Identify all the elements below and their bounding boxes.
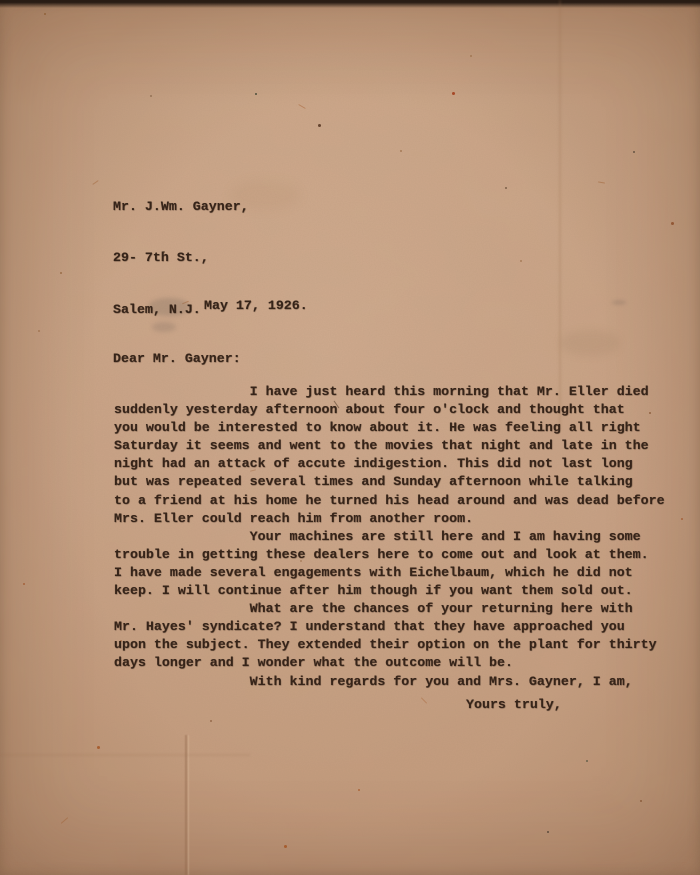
address-line: Mr. J.Wm. Gayner, <box>113 198 249 215</box>
paper-speck <box>318 124 321 127</box>
address-line: 29- 7th St., <box>113 249 249 266</box>
paper-speck <box>44 13 46 15</box>
paper-fiber <box>92 180 98 185</box>
paper-fiber <box>61 817 69 824</box>
paper-crease <box>188 735 189 875</box>
letter-body: I have just heard this morning that Mr. … <box>114 383 665 691</box>
paper-smudge <box>612 300 626 305</box>
paper-speck <box>547 831 549 833</box>
paper-crease <box>559 0 561 430</box>
letter-line: you would be interested to know about it… <box>114 419 665 437</box>
paper-crease <box>185 735 187 875</box>
letter-line: I have made several engagements with Eic… <box>114 564 665 582</box>
paper-speck <box>255 93 257 95</box>
paper-fiber <box>298 104 305 109</box>
letter-line: Your machines are still here and I am ha… <box>114 528 665 546</box>
paper-speck <box>633 151 635 153</box>
letter-line: With kind regards for you and Mrs. Gayne… <box>114 673 665 691</box>
letter-line: night had an attack of accute indigestio… <box>114 455 665 473</box>
letter-line: days longer and I wonder what the outcom… <box>114 654 665 672</box>
letter-line: Mrs. Eller could reach him from another … <box>114 510 665 528</box>
paper-speck <box>452 92 455 95</box>
paper-speck <box>97 746 100 749</box>
letter-line: but was repeated several times and Sunda… <box>114 473 665 491</box>
paper-speck <box>60 272 62 274</box>
paper-speck <box>284 845 287 848</box>
paper-crease <box>0 754 250 756</box>
paper-fiber <box>598 181 605 183</box>
paper-speck <box>210 720 212 722</box>
paper-speck <box>150 95 152 97</box>
salutation: Dear Mr. Gayner: <box>113 350 241 368</box>
paper-speck <box>505 187 507 189</box>
paper-smudge <box>560 330 620 356</box>
letter-line: upon the subject. They extended their op… <box>114 636 665 654</box>
paper-speck <box>681 518 683 520</box>
paper-speck <box>586 760 588 762</box>
paper-speck <box>358 789 360 791</box>
paper-fiber <box>421 697 427 703</box>
paper-speck <box>400 150 402 152</box>
recipient-address: Mr. J.Wm. Gayner, 29- 7th St., Salem, N.… <box>113 163 249 353</box>
paper-speck <box>640 800 642 802</box>
scan-top-edge <box>0 0 700 8</box>
paper-speck <box>520 260 522 262</box>
paper-speck <box>671 222 674 225</box>
letter-line: What are the chances of your returning h… <box>114 600 665 618</box>
letter-line: Saturday it seems and went to the movies… <box>114 437 665 455</box>
letter-line: I have just heard this morning that Mr. … <box>114 383 665 401</box>
paper-speck <box>23 583 25 585</box>
date-line: May 17, 1926. <box>204 297 308 315</box>
letter-line: trouble in getting these dealers here to… <box>114 546 665 564</box>
paper-speck <box>38 330 40 332</box>
letter-line: Mr. Hayes' syndicate? I understand that … <box>114 618 665 636</box>
closing: Yours truly, <box>466 696 562 714</box>
letter-line: keep. I will continue after him though i… <box>114 582 665 600</box>
letter-page: Mr. J.Wm. Gayner, 29- 7th St., Salem, N.… <box>0 0 700 875</box>
letter-line: to a friend at his home he turned his he… <box>114 492 665 510</box>
letter-line: suddenly yesterday afternoon about four … <box>114 401 665 419</box>
paper-speck <box>470 55 472 57</box>
